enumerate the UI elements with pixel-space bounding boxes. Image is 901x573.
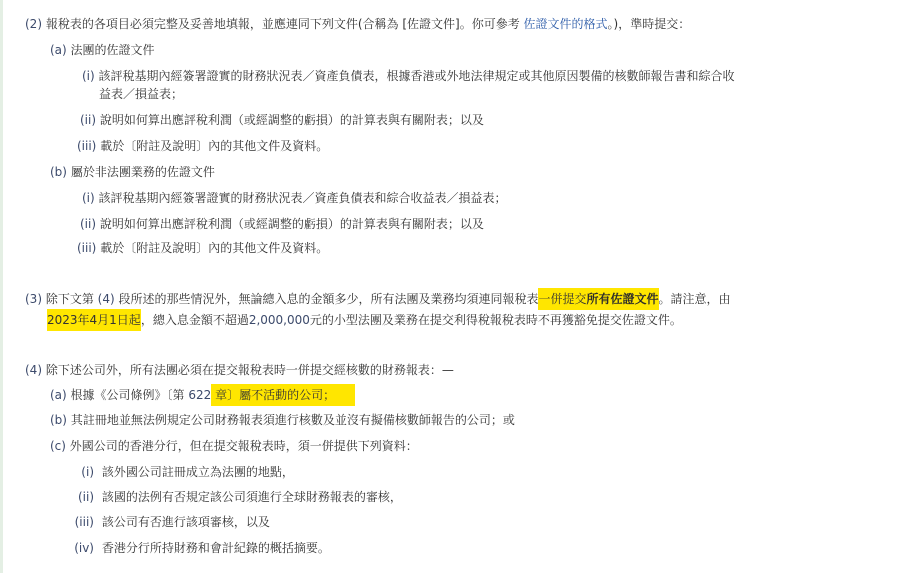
- item-text: 該評稅基期內經簽署證實的財務狀況表／資產負債表和綜合收益表／損益表；: [99, 191, 507, 205]
- item-text: 該評稅基期內經簽署證實的財務狀況表／資產負債表，根據香港或外地法律規定或其他原因…: [99, 69, 735, 83]
- item-marker: (iii): [77, 139, 96, 153]
- section-text: 。請注意，由: [659, 292, 731, 306]
- item-marker: (i): [79, 464, 94, 480]
- item-marker: (b): [50, 413, 67, 427]
- highlight-dormant-company: 章〕屬不活動的公司；: [211, 384, 355, 406]
- item-text: 益表／損益表；: [99, 87, 183, 101]
- section-text-end: 。)，準時提交：: [608, 17, 691, 31]
- item-text: 香港分行所持財務和會計紀錄的概括摘要。: [102, 541, 330, 555]
- item-text: 外國公司的香港分行，但在提交報稅表時，須一併提供下列資料：: [70, 439, 418, 453]
- supporting-documents-format-link[interactable]: 佐證文件的格式: [524, 17, 608, 31]
- section-2a-ii: (ii) 說明如何算出應評稅利潤（或經調整的虧損）的計算表與有關附表；以及: [80, 112, 484, 128]
- section-2b-i: (i) 該評稅基期內經簽署證實的財務狀況表／資產負債表和綜合收益表／損益表；: [82, 190, 507, 206]
- section-2a-i-cont: 益表／損益表；: [99, 86, 183, 102]
- section-text: 元的小型法團及業務在提交利得稅報稅表時不再獲豁免提交佐證文件。: [310, 313, 682, 327]
- section-4b: (b) 其註冊地並無法例規定公司財務報表須進行核數及並沒有擬備核數師報告的公司；…: [50, 412, 515, 428]
- item-text: 根據《公司條例》〔第: [71, 388, 189, 402]
- section-4c-iii: (iii) 該公司有否進行該項審核，以及: [72, 514, 270, 530]
- section-text: 報稅表的各項目必須完整及妥善地填報，並應連同下列文件(合稱為 [佐證文件]。你可…: [46, 17, 524, 31]
- highlight-bold-text: 所有佐證文件: [587, 292, 659, 306]
- item-marker: (i): [82, 69, 95, 83]
- section-4: (4) 除下述公司外，所有法團必須在提交報稅表時一併提交經核數的財務報表：—: [25, 362, 454, 378]
- section-3-cont: 2023年4月1日起，總入息金額不超過2,000,000元的小型法團及業務在提交…: [47, 312, 682, 328]
- section-text: 除下文第: [46, 292, 98, 306]
- section-4c-iv: (iv) 香港分行所持財務和會計紀錄的概括摘要。: [72, 540, 330, 556]
- item-text: 該外國公司註冊成立為法團的地點，: [102, 465, 294, 479]
- item-marker: (iv): [72, 540, 94, 556]
- item-text: 載於〔附註及說明〕內的其他文件及資料。: [100, 139, 328, 153]
- section-2a: (a) 法團的佐證文件: [50, 42, 155, 58]
- section-2b: (b) 屬於非法團業務的佐證文件: [50, 164, 215, 180]
- item-marker: (iii): [77, 241, 96, 255]
- section-text: ，總入息金額不超過: [141, 313, 249, 327]
- highlight-submit-all: 一併提交所有佐證文件: [538, 288, 658, 310]
- item-text: 其註冊地並無法例規定公司財務報表須進行核數及並沒有擬備核數師報告的公司；或: [71, 413, 515, 427]
- section-2: (2) 報稅表的各項目必須完整及妥善地填報，並應連同下列文件(合稱為 [佐證文件…: [25, 16, 690, 32]
- item-marker: (iii): [72, 514, 94, 530]
- income-threshold-amount: 2,000,000: [249, 313, 310, 327]
- highlight-text: 一併提交: [538, 292, 586, 306]
- paragraph-reference: (4): [98, 292, 115, 306]
- item-marker: (b): [50, 165, 67, 179]
- section-marker: (2): [25, 17, 42, 31]
- section-text: 除下述公司外，所有法團必須在提交報稅表時一併提交經核數的財務報表：—: [46, 363, 454, 377]
- section-marker: (3): [25, 292, 42, 306]
- section-marker: (4): [25, 363, 42, 377]
- item-marker: (i): [82, 191, 95, 205]
- chapter-number: 622: [188, 388, 211, 402]
- section-4c-i: (i) 該外國公司註冊成立為法團的地點，: [79, 464, 294, 480]
- section-2b-iii: (iii) 載於〔附註及說明〕內的其他文件及資料。: [77, 240, 328, 256]
- item-marker: (a): [50, 43, 67, 57]
- item-text: 載於〔附註及說明〕內的其他文件及資料。: [100, 241, 328, 255]
- item-marker: (a): [50, 388, 67, 402]
- left-border: [0, 0, 3, 573]
- item-marker: (ii): [75, 489, 94, 505]
- item-text: 該國的法例有否規定該公司須進行全球財務報表的審核，: [102, 490, 402, 504]
- item-text: 說明如何算出應評稅利潤（或經調整的虧損）的計算表與有關附表；以及: [100, 113, 484, 127]
- item-text: 法團的佐證文件: [71, 43, 155, 57]
- highlight-effective-date: 2023年4月1日起: [47, 309, 141, 331]
- item-marker: (ii): [80, 113, 96, 127]
- item-text: 該公司有否進行該項審核，以及: [102, 515, 270, 529]
- section-4c-ii: (ii) 該國的法例有否規定該公司須進行全球財務報表的審核，: [75, 489, 402, 505]
- section-4c: (c) 外國公司的香港分行，但在提交報稅表時，須一併提供下列資料：: [50, 438, 418, 454]
- section-4a: (a) 根據《公司條例》〔第 622 章〕屬不活動的公司；: [50, 387, 355, 403]
- item-text: 屬於非法團業務的佐證文件: [71, 165, 215, 179]
- item-marker: (ii): [80, 217, 96, 231]
- section-text: 段所述的那些情況外，無論總入息的金額多少，所有法團及業務均須連同報稅表: [115, 292, 539, 306]
- section-2a-i: (i) 該評稅基期內經簽署證實的財務狀況表／資產負債表，根據香港或外地法律規定或…: [82, 68, 735, 84]
- section-3: (3) 除下文第 (4) 段所述的那些情況外，無論總入息的金額多少，所有法團及業…: [25, 291, 731, 307]
- item-marker: (c): [50, 439, 66, 453]
- item-text: 說明如何算出應評稅利潤（或經調整的虧損）的計算表與有關附表；以及: [100, 217, 484, 231]
- section-2b-ii: (ii) 說明如何算出應評稅利潤（或經調整的虧損）的計算表與有關附表；以及: [80, 216, 484, 232]
- section-2a-iii: (iii) 載於〔附註及說明〕內的其他文件及資料。: [77, 138, 328, 154]
